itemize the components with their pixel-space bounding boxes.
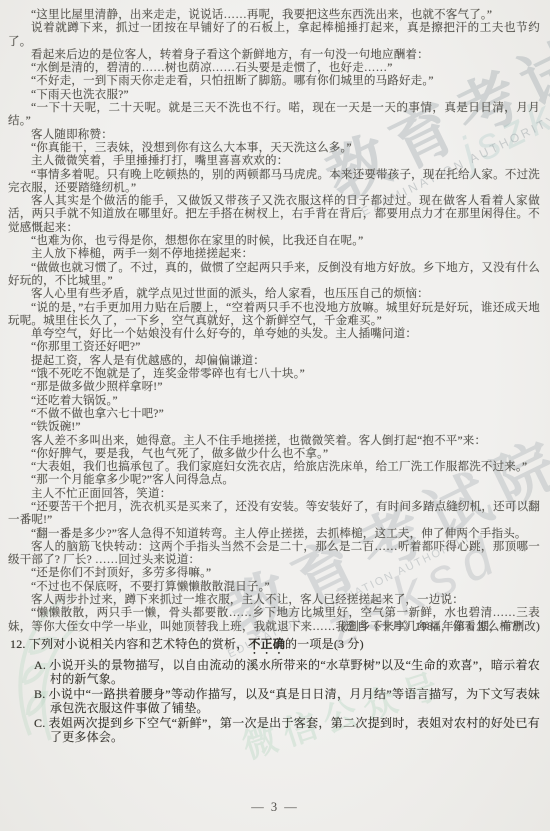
story-paragraph: “那一个月能拿多少呢?”客人问得急点。: [8, 474, 540, 487]
option-label: A.: [34, 658, 46, 672]
story-paragraph: “还要苦干个把月，洗衣机买是买来了，还没有安装。等安装好了，有时间多踏点缝纫机，…: [8, 501, 540, 528]
story-paragraph: 主人不忙正面回答，笑道：: [8, 488, 540, 501]
option-text: 表姐两次提到乡下空气“新鲜”，第一次是出于客套，第二次提到时，表姐对农村的好处已…: [48, 716, 540, 744]
story-paragraph: “你真能干，三表妹，没想到你有这么大本事，天天洗这么多。”: [8, 142, 540, 155]
option-a: A.小说开头的景物描写，以自由流动的溪水所带来的“水草野树”以及“生命的欢喜”，…: [8, 658, 540, 686]
story-paragraph: 客人心里有些矛盾，就学点见过世面的派头，给人家看，也压压自己的烦恼：: [8, 288, 540, 301]
story-paragraph: “你好脾气，要是我，气也气死了，做多做少什么也不拿。”: [8, 448, 540, 461]
story-paragraph: “不过也不保底呀，不要打算懒懒散散混日子。”: [8, 581, 540, 594]
story-paragraph: “不做不做也拿六七十吧?”: [8, 408, 540, 421]
story-paragraph: “说的是，”右手更加用力贴在后腰上，“空着两只手不也没地方放嘛。城里好玩是好玩，…: [8, 302, 540, 329]
story-paragraph: “饿不死吃不饱就是了，连奖金带零碎也有七八十块。”: [8, 368, 540, 381]
story-text: “这里比屋里清静，出来走走，说说话……再呢，我要把这些东西洗出来，也就不客气了。…: [8, 9, 540, 634]
exam-page-scan: 教育考试院 jszksd EXAMINATION AUTHORITY 教育考试院…: [0, 0, 550, 831]
question-number: 12.: [10, 637, 26, 651]
story-paragraph: 提起工资，客人是有优越感的，却偏偏谦道：: [8, 355, 540, 368]
story-paragraph: “还吃着大锅饭。”: [8, 395, 540, 408]
story-paragraph: “下雨天也洗衣服?”: [8, 89, 540, 102]
question-stem-suffix: 的一项是(3 分): [285, 637, 364, 651]
story-paragraph: 客人其实是个做活的能手，又做饭又带孩子又洗衣服这样的日子都过过。现在做客人看着人…: [8, 195, 540, 235]
story-paragraph: 单夸空气，好比一个姑娘没有什么好夸的，单夸她的头发。主人插嘴问道：: [8, 328, 540, 341]
story-paragraph: 客人的脑筋飞快转动：这两个手指头当然不会是二十，那么是二百……听着都吓得心跳，那…: [8, 541, 540, 568]
option-text: 小说中“一路拱着腰身”等动作描写，以及“真是日日清，月月结”等语言描写，为下文写…: [48, 687, 540, 715]
story-paragraph: “做做也就习惯了。不过，真的，做惯了空起两只手来，反倒没有地方好放。乡下地方，又…: [8, 262, 540, 289]
story-paragraph: “一下十天呢，二十天呢。就是三天不洗也不行。喏，现在一天是一天的事情，真是日日清…: [8, 102, 540, 129]
story-paragraph: 客人随即称赞：: [8, 129, 540, 142]
story-paragraph: “水倒是清的，碧清的……树也荫凉……石头要是走惯了，也好走……”: [8, 62, 540, 75]
story-paragraph: “这里比屋里清静，出来走走，说说话……再呢，我要把这些东西洗出来，也就不客气了。…: [8, 9, 540, 22]
story-paragraph: “铁饭碗!”: [8, 421, 540, 434]
story-paragraph: 客人差不多叫出来，她得意。主人不住手地搓搓，也微微笑着。客人倒打起“抱不平”来：: [8, 435, 540, 448]
page-content: “这里比屋里清静，出来走走，说说话……再呢，我要把这些东西洗出来，也就不客气了。…: [0, 0, 550, 831]
story-paragraph: “也难为你，也亏得是你，想想你在家里的时候，比我还自在呢。”: [8, 235, 540, 248]
option-b: B.小说中“一路拱着腰身”等动作描写，以及“真是日日清，月月结”等语言描写，为下…: [8, 687, 540, 715]
story-paragraph: 主人微微笑着，手里捶捶打打，嘴里喜喜欢欢的：: [8, 155, 540, 168]
story-paragraph: “大表姐，我们也搞承包了。我们家庭妇女洗衣店，给旅店洗床单，给工厂洗工作服都洗不…: [8, 461, 540, 474]
question-stem-emphasis: 不正确: [248, 637, 285, 651]
options-list: A.小说开头的景物描写，以自由流动的溪水所带来的“水草野树”以及“生命的欢喜”，…: [8, 658, 540, 744]
option-c: C.表姐两次提到乡下空气“新鲜”，第一次是出于客套，第二次提到时，表姐对农村的好…: [8, 716, 540, 744]
question-12: 12. 下列对小说相关内容和艺术特色的赏析，不正确的一项是(3 分) A.小说开…: [8, 637, 540, 744]
question-stem: 12. 下列对小说相关内容和艺术特色的赏析，不正确的一项是(3 分): [10, 637, 540, 657]
story-paragraph: “翻一番是多少?”客人急得不知道转弯。主人停止搓搓，去抓棒槌，这工夫，伸了伸两个…: [8, 528, 540, 541]
story-paragraph: “不好走，一到下雨天你走走看，只怕扭断了脚筋。哪有你们城里的马路好走。”: [8, 75, 540, 88]
story-paragraph: “事情多着呢。只有晚上吃顿热的，别的两顿都马马虎虎。本来还要带孩子，现在托给人家…: [8, 169, 540, 196]
story-paragraph: 主人放下棒槌，两手一刻不停地搓搓起来：: [8, 248, 540, 261]
option-label: C.: [34, 716, 45, 730]
story-paragraph: “那是做多做少照样拿呀!”: [8, 381, 540, 394]
story-paragraph: 客人两步扑过来，蹲下来抓过一堆衣服，主人不让，客人已经搓搓起来了，一边说：: [8, 594, 540, 607]
story-paragraph: 说着就蹲下来，抓过一团按在早铺好了的石板上，拿起棒槌捶打起来，真是擦把汗的工夫也…: [8, 22, 540, 49]
story-paragraph: 看起来后边的是位客人，转着身子看这个新鲜地方，有一句没一句地应酬着：: [8, 49, 540, 62]
question-stem-prefix: 下列对小说相关内容和艺术特色的赏析，: [29, 637, 249, 651]
option-label: B.: [34, 687, 45, 701]
option-text: 小说开头的景物描写，以自由流动的溪水所带来的“水草野树”以及“生命的欢喜”，暗示…: [49, 658, 540, 686]
page-number: — 3 —: [0, 800, 550, 815]
story-paragraph: “还是你们不封顶好，多劳多得嘛。”: [8, 567, 540, 580]
story-paragraph: “你那里工资还好吧?”: [8, 341, 540, 354]
